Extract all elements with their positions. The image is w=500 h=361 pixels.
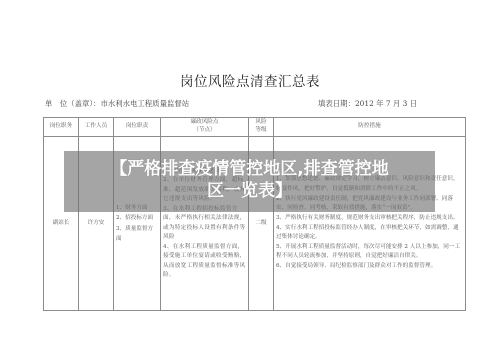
header-level-line2: 等级	[251, 127, 271, 135]
header-risk-line1: 廉政风险点	[163, 119, 246, 127]
header-risk-line2: （节点）	[163, 127, 246, 135]
unit-label: 单 位（盖章）：	[45, 99, 100, 108]
date-value: 2012 年 7 月 3 日	[355, 99, 417, 108]
date-label: 填表日期：	[318, 99, 355, 108]
header-measures: 防控措施	[274, 118, 466, 137]
header-risk-level: 风险 等级	[249, 118, 274, 137]
header-position: 岗位职务	[44, 118, 79, 137]
unit-info: 单 位（盖章）：市水利水电工程质量监督站	[45, 98, 189, 109]
table-header-row: 岗位职务 工作人员 岗位职责 廉政风险点 （节点） 风险 等级 防控措施	[44, 118, 466, 137]
watermark-line2: 区一览表】	[64, 180, 435, 202]
measure-item: 3、严格执行有关财务制度，规范财务支出审核把关程序，防止违规支出。	[276, 214, 463, 224]
watermark-text: 【严格排查疫情管控地区,排查管控地 区一览表】	[64, 151, 435, 212]
fill-date: 填表日期：2012 年 7 月 3 日	[318, 98, 417, 109]
page-title: 岗位风险点清查汇总表	[0, 70, 500, 90]
risk-point: 4、在水利工程质量监督方面，接受施工单位宴请或收受贿赂，从而放宽工程质量监督标准…	[163, 243, 246, 281]
duty-item: 3、质量监督方面	[116, 224, 158, 245]
measure-item: 4、实行水利工程招投标监管经办人制度，在审核把关环节，如需调整，通过集体讨论确定…	[276, 224, 463, 243]
risk-summary-table: 岗位职务 工作人员 岗位职责 廉政风险点 （节点） 风险 等级 防控措施 副站长…	[43, 117, 466, 311]
watermark-line1: 【严格排查疫情管控地区,排查管控地	[64, 158, 435, 180]
duty-item: 2、招投标方面	[116, 213, 158, 223]
header-staff: 工作人员	[79, 118, 114, 137]
header-level-line1: 风险	[251, 119, 271, 127]
header-duties: 岗位职责	[114, 118, 161, 137]
measure-item: 6、自觉接受局领导、局纪检监察部门及群众对工作的监督管理。	[276, 262, 463, 272]
measure-item: 5、开展水利工程质量监督活动时，每次尽可能安排 2 人以上参加，同一工程不同人员…	[276, 243, 463, 262]
header-risk-points: 廉政风险点 （节点）	[161, 118, 249, 137]
unit-value: 市水利水电工程质量监督站	[100, 99, 189, 108]
